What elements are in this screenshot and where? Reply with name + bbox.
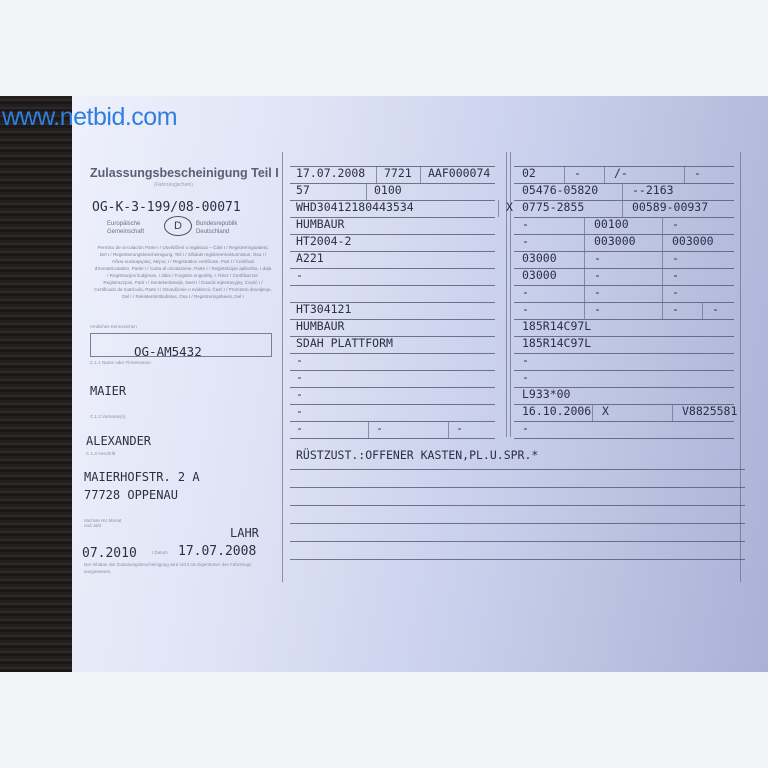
grid-cell: - — [376, 421, 383, 435]
issuer-right: Bundesrepublik Deutschland — [196, 220, 256, 236]
license-plate: OG-AM5432 — [134, 344, 202, 359]
grid-cell: 03000 — [522, 251, 557, 265]
watermark: www.netbid.com — [2, 103, 177, 132]
grid-cell: 003000 — [672, 234, 714, 248]
rule-line — [290, 404, 495, 405]
column-rule — [584, 285, 585, 302]
column-rule — [684, 166, 685, 183]
next-inspection: 07.2010 — [82, 546, 137, 561]
grid-cell: HT304121 — [296, 302, 351, 316]
column-rule — [662, 285, 663, 302]
grid-cell: 185R14C97L — [522, 336, 591, 350]
grid-cell: - — [296, 421, 303, 435]
grid-cell: X — [506, 200, 513, 214]
document-number: OG-K-3-199/08-00071 — [92, 200, 241, 215]
column-rule — [622, 183, 623, 200]
issue-date: 17.07.2008 — [178, 544, 256, 559]
column-rule — [740, 152, 741, 582]
column-rule — [662, 268, 663, 285]
grid-cell: - — [594, 268, 601, 282]
issuer-left: Europäische Gemeinschaft — [107, 220, 147, 236]
rule-line — [290, 166, 495, 167]
grid-cell: - — [594, 285, 601, 299]
column-rule — [282, 152, 283, 582]
grid-cell: - — [694, 166, 701, 180]
surname: MAIER — [90, 384, 126, 398]
grid-cell: WHD30412180443534 — [296, 200, 414, 214]
document-title: Zulassungsbescheinigung Teil I — [90, 166, 279, 180]
grid-cell: SDAH PLATTFORM — [296, 336, 393, 350]
rule-line — [290, 353, 495, 354]
column-rule — [584, 302, 585, 319]
column-rule — [662, 234, 663, 251]
rule-line — [514, 285, 734, 286]
grid-cell: /- — [614, 166, 628, 180]
grid-cell: 185R14C97L — [522, 319, 591, 333]
grid-cell: - — [522, 353, 529, 367]
column-rule — [592, 404, 593, 421]
rule-line — [290, 421, 495, 422]
country-code-oval: D — [164, 216, 192, 236]
rule-line — [290, 438, 495, 439]
grid-cell: 16.10.2006 — [522, 404, 591, 418]
column-rule — [672, 404, 673, 421]
grid-cell: 05476-05820 — [522, 183, 598, 197]
grid-cell: 00589-00937 — [632, 200, 708, 214]
street: MAIERHOFSTR. 2 A — [84, 470, 200, 484]
surname-label: C.1.1 Name oder Firmenname — [90, 360, 151, 365]
grid-cell: - — [296, 370, 303, 384]
registration-document: Zulassungsbescheinigung Teil I (Fahrzeug… — [72, 96, 768, 672]
grid-cell: 57 — [296, 183, 310, 197]
grid-cell: 00100 — [594, 217, 629, 231]
rule-line — [514, 438, 734, 439]
grid-cell: RÜSTZUST.:OFFENER KASTEN,PL.U.SPR.* — [296, 448, 538, 462]
rule-line — [290, 487, 745, 488]
grid-cell: - — [522, 302, 529, 316]
grid-cell: HUMBAUR — [296, 319, 344, 333]
document-subtitle: (Fahrzeugschein) — [154, 182, 193, 188]
grid-cell: A221 — [296, 251, 324, 265]
column-rule — [584, 268, 585, 285]
grid-cell: 02 — [522, 166, 536, 180]
grid-cell: 7721 — [384, 166, 412, 180]
grid-cell: - — [672, 251, 679, 265]
grid-cell: 0100 — [374, 183, 402, 197]
multilingual-text: Permiso de circulación Parte I / Osvědče… — [94, 244, 272, 300]
column-rule — [506, 152, 507, 437]
column-rule — [622, 200, 623, 217]
dark-background — [0, 96, 80, 672]
grid-cell: - — [296, 268, 303, 282]
rule-line — [290, 268, 495, 269]
grid-cell: - — [594, 302, 601, 316]
grid-cell: - — [574, 166, 581, 180]
grid-cell: AAF000074 — [428, 166, 490, 180]
data-grid: 17.07.20087721AAF000074570100WHD30412180… — [282, 152, 752, 582]
grid-cell: 0775-2855 — [522, 200, 584, 214]
column-rule — [498, 200, 499, 217]
grid-cell: - — [522, 234, 529, 248]
firstname: ALEXANDER — [86, 434, 151, 448]
grid-cell: 003000 — [594, 234, 636, 248]
rule-line — [514, 370, 734, 371]
column-rule — [584, 217, 585, 234]
grid-cell: --2163 — [632, 183, 674, 197]
address-label: C.1.3 Anschrift — [86, 451, 115, 456]
column-rule — [604, 166, 605, 183]
grid-cell: 03000 — [522, 268, 557, 282]
rule-line — [290, 370, 495, 371]
grid-cell: - — [296, 387, 303, 401]
column-rule — [368, 421, 369, 438]
column-rule — [584, 251, 585, 268]
column-rule — [662, 217, 663, 234]
grid-cell: HT2004-2 — [296, 234, 351, 248]
plate-label: Amtliches Kennzeichen — [90, 324, 137, 329]
rule-line — [290, 523, 745, 524]
rule-line — [514, 421, 734, 422]
rule-line — [290, 285, 495, 286]
grid-cell: L933*00 — [522, 387, 570, 401]
column-rule — [564, 166, 565, 183]
authority: LAHR — [230, 526, 259, 540]
rule-line — [514, 166, 734, 167]
grid-cell: - — [522, 285, 529, 299]
photo: Zulassungsbescheinigung Teil I (Fahrzeug… — [0, 96, 768, 672]
grid-cell: HUMBAUR — [296, 217, 344, 231]
column-rule — [662, 302, 663, 319]
column-rule — [510, 152, 511, 437]
grid-cell: - — [296, 353, 303, 367]
firstname-label: C.1.2 Vorname(n) — [90, 414, 126, 419]
grid-cell: - — [672, 217, 679, 231]
column-rule — [662, 251, 663, 268]
city: 77728 OPPENAU — [84, 488, 178, 502]
grid-cell: - — [672, 285, 679, 299]
page-background — [0, 672, 768, 768]
grid-cell: - — [712, 302, 719, 316]
grid-cell: 17.07.2008 — [296, 166, 365, 180]
column-rule — [448, 421, 449, 438]
column-rule — [376, 166, 377, 183]
footnote: Der Inhaber der Zulassungsbescheinigung … — [84, 561, 274, 575]
rule-line — [290, 387, 495, 388]
grid-cell: - — [456, 421, 463, 435]
date-label: I Datum — [152, 550, 168, 555]
grid-cell: - — [522, 421, 529, 435]
column-rule — [420, 166, 421, 183]
grid-cell: - — [522, 217, 529, 231]
inspection-label: nächste HU Monat und Jahr — [84, 518, 124, 528]
rule-line — [290, 505, 745, 506]
column-rule — [702, 302, 703, 319]
rule-line — [514, 353, 734, 354]
rule-line — [290, 469, 745, 470]
grid-cell: - — [672, 268, 679, 282]
grid-cell: - — [672, 302, 679, 316]
grid-cell: - — [594, 251, 601, 265]
rule-line — [514, 302, 734, 303]
grid-cell: - — [296, 404, 303, 418]
grid-cell: X — [602, 404, 609, 418]
column-rule — [366, 183, 367, 200]
rule-line — [290, 559, 745, 560]
grid-cell: V8825581 — [682, 404, 737, 418]
column-rule — [584, 234, 585, 251]
rule-line — [290, 541, 745, 542]
grid-cell: - — [522, 370, 529, 384]
